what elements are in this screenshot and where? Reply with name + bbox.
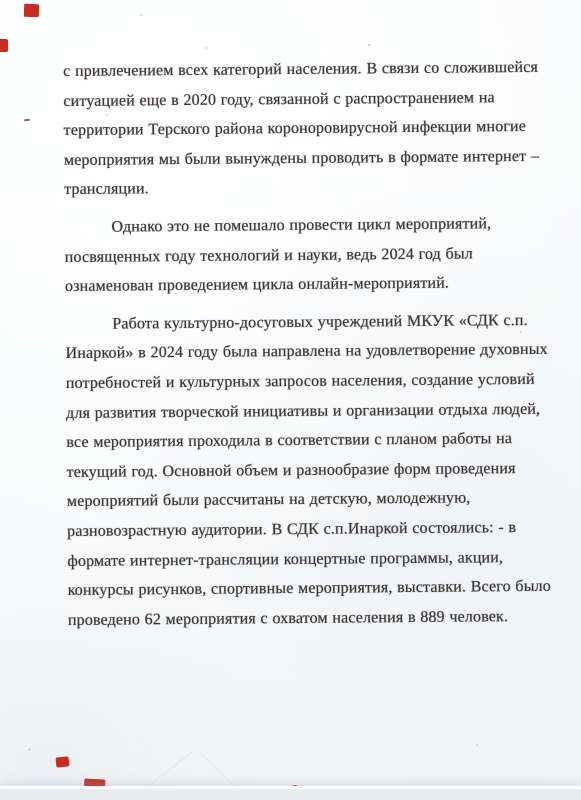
- text-line: разновозрастную аудитории. В СДК с.п.Ина…: [67, 513, 529, 547]
- text-line: текущий год. Основной объем и разнообраз…: [66, 454, 528, 488]
- text-line: ситуацией еще в 2020 году, связанной с р…: [63, 83, 525, 117]
- paper-crease: [199, 752, 237, 789]
- paragraph: Однако это не помешало провести цикл мер…: [64, 209, 527, 302]
- paragraph: Работа культурно-досуговых учреждений МК…: [65, 306, 530, 636]
- paragraph: с привлечением всех категорий населения.…: [63, 53, 526, 205]
- scanned-page: с привлечением всех категорий населения.…: [0, 0, 581, 800]
- text-line: мероприятий были рассчитаны на детскую, …: [67, 483, 529, 517]
- document-text: с привлечением всех категорий населения.…: [63, 53, 530, 643]
- text-line: Работа культурно-досуговых учреждений МК…: [65, 306, 527, 340]
- red-artifact-top-left: [24, 4, 39, 18]
- text-line: конкурсы рисунков, спортивные мероприяти…: [68, 572, 530, 606]
- page-bottom-edge: [0, 786, 581, 800]
- text-line: территории Терского района короноровирус…: [64, 112, 526, 146]
- text-line: Инаркой» в 2024 году была направлена на …: [65, 335, 527, 369]
- text-line: трансляции.: [64, 171, 526, 205]
- text-line: проведено 62 мероприятия с охватом насел…: [68, 602, 530, 636]
- text-line: формате интернет-трансляции концертные п…: [67, 542, 529, 576]
- pen-dash-artifact: [24, 119, 30, 122]
- paper-crease: [148, 750, 194, 786]
- text-line: все мероприятия проходила в соответствии…: [66, 424, 528, 458]
- text-line: Однако это не помешало провести цикл мер…: [64, 209, 526, 243]
- text-line: потребностей и культурных запросов насел…: [66, 365, 528, 399]
- text-line: для развития творческой инициативы и орг…: [66, 394, 528, 428]
- text-line: мероприятия мы были вынуждены проводить …: [64, 142, 526, 176]
- text-line: посвященных году технологий и науки, вед…: [65, 239, 527, 273]
- red-artifact-bottom-left: [56, 756, 70, 767]
- text-line: с привлечением всех категорий населения.…: [63, 53, 525, 87]
- red-artifact-left-edge: [0, 39, 8, 52]
- text-line: ознаменован проведением цикла онлайн-мер…: [65, 268, 527, 302]
